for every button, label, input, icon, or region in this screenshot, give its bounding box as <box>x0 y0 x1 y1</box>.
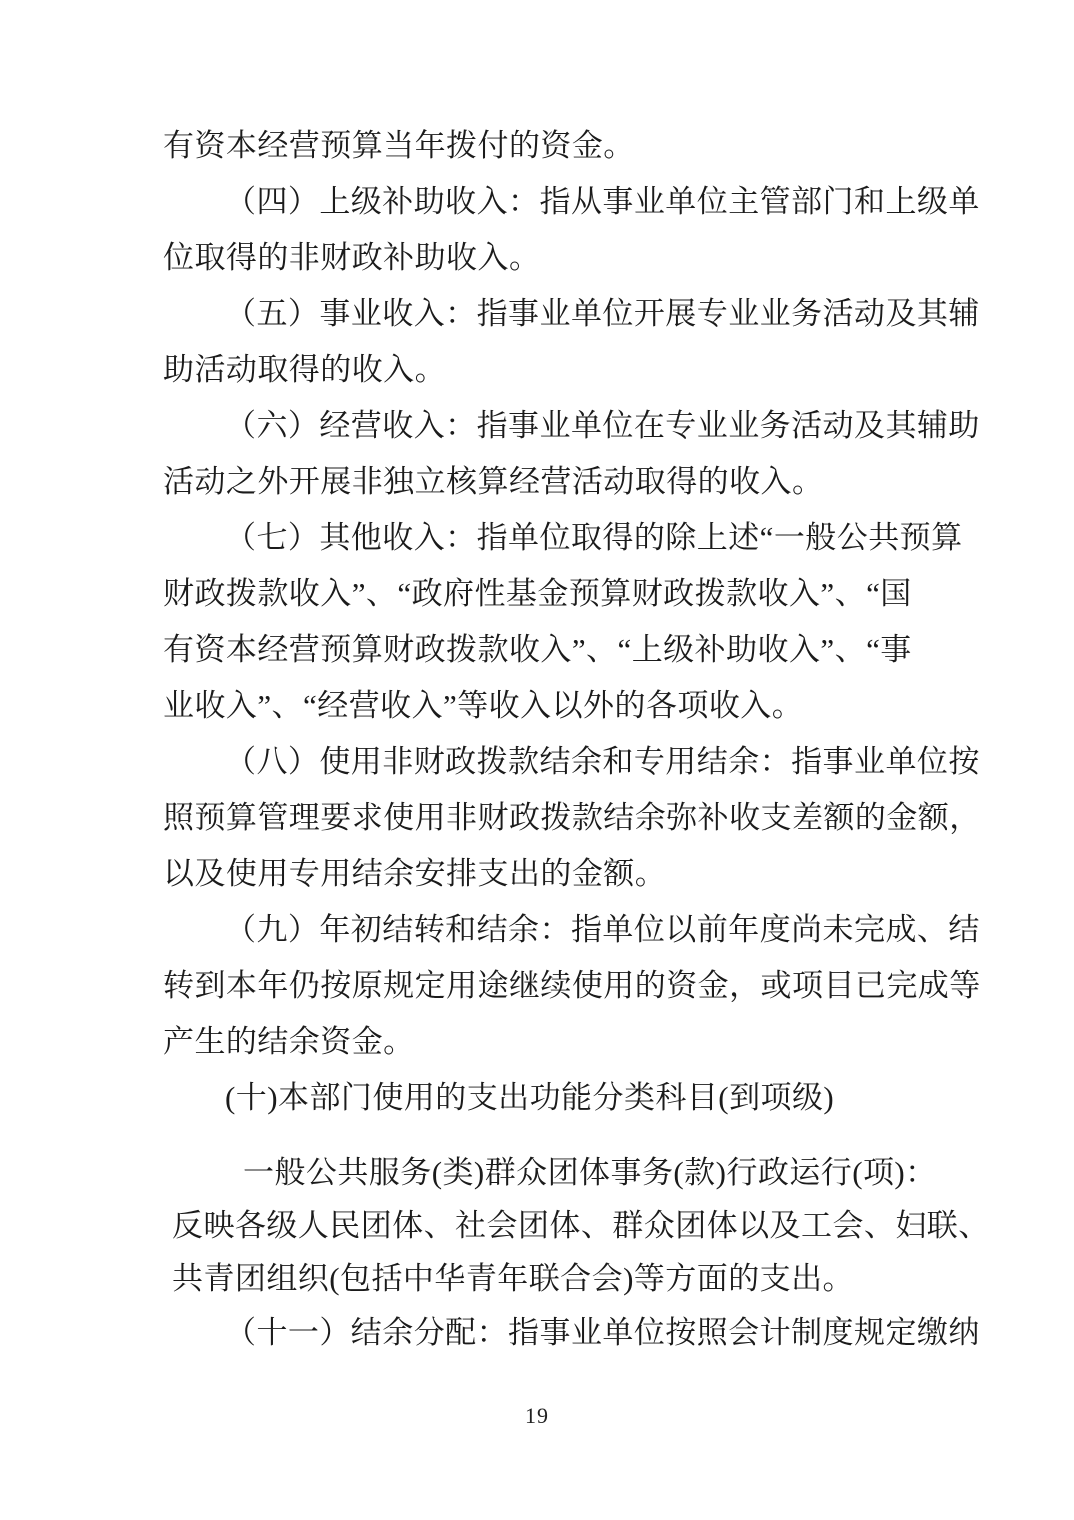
text-line: 助活动取得的收入。 <box>163 342 923 398</box>
text-line: 转到本年仍按原规定用途继续使用的资金，或项目已完成等 <box>163 958 923 1014</box>
text-line: 业收入”、“经营收入”等收入以外的各项收入。 <box>163 678 923 734</box>
text-line: 有资本经营预算当年拨付的资金。 <box>163 118 923 174</box>
text-line: （六）经营收入：指事业单位在专业业务活动及其辅助 <box>163 398 923 454</box>
text-line: 反映各级人民团体、社会团体、群众团体以及工会、妇联、 <box>163 1199 923 1252</box>
document-body: 有资本经营预算当年拨付的资金。 （四）上级补助收入：指从事业单位主管部门和上级单… <box>163 118 923 1361</box>
text-line: （五）事业收入：指事业单位开展专业业务活动及其辅 <box>163 286 923 342</box>
text-line: 照预算管理要求使用非财政拨款结余弥补收支差额的金额， <box>163 790 923 846</box>
text-line: 以及使用专用结余安排支出的金额。 <box>163 846 923 902</box>
text-line: 位取得的非财政补助收入。 <box>163 230 923 286</box>
text-line: （十一）结余分配：指事业单位按照会计制度规定缴纳 <box>163 1305 923 1361</box>
text-line: 共青团组织(包括中华青年联合会)等方面的支出。 <box>163 1252 923 1305</box>
text-line: (十)本部门使用的支出功能分类科目(到项级) <box>163 1070 923 1126</box>
text-line: 一般公共服务(类)群众团体事务(款)行政运行(项)： <box>163 1146 923 1199</box>
text-line: 财政拨款收入”、“政府性基金预算财政拨款收入”、“国 <box>163 566 923 622</box>
text-line: （四）上级补助收入：指从事业单位主管部门和上级单 <box>163 174 923 230</box>
text-line: 产生的结余资金。 <box>163 1014 923 1070</box>
document-page: 有资本经营预算当年拨付的资金。 （四）上级补助收入：指从事业单位主管部门和上级单… <box>0 0 1074 1520</box>
text-line: 活动之外开展非独立核算经营活动取得的收入。 <box>163 454 923 510</box>
text-line: 有资本经营预算财政拨款收入”、“上级补助收入”、“事 <box>163 622 923 678</box>
text-line: （八）使用非财政拨款结余和专用结余：指事业单位按 <box>163 734 923 790</box>
page-number: 19 <box>0 1403 1074 1429</box>
text-line: （九）年初结转和结余：指单位以前年度尚未完成、结 <box>163 902 923 958</box>
text-line: （七）其他收入：指单位取得的除上述“一般公共预算 <box>163 510 923 566</box>
